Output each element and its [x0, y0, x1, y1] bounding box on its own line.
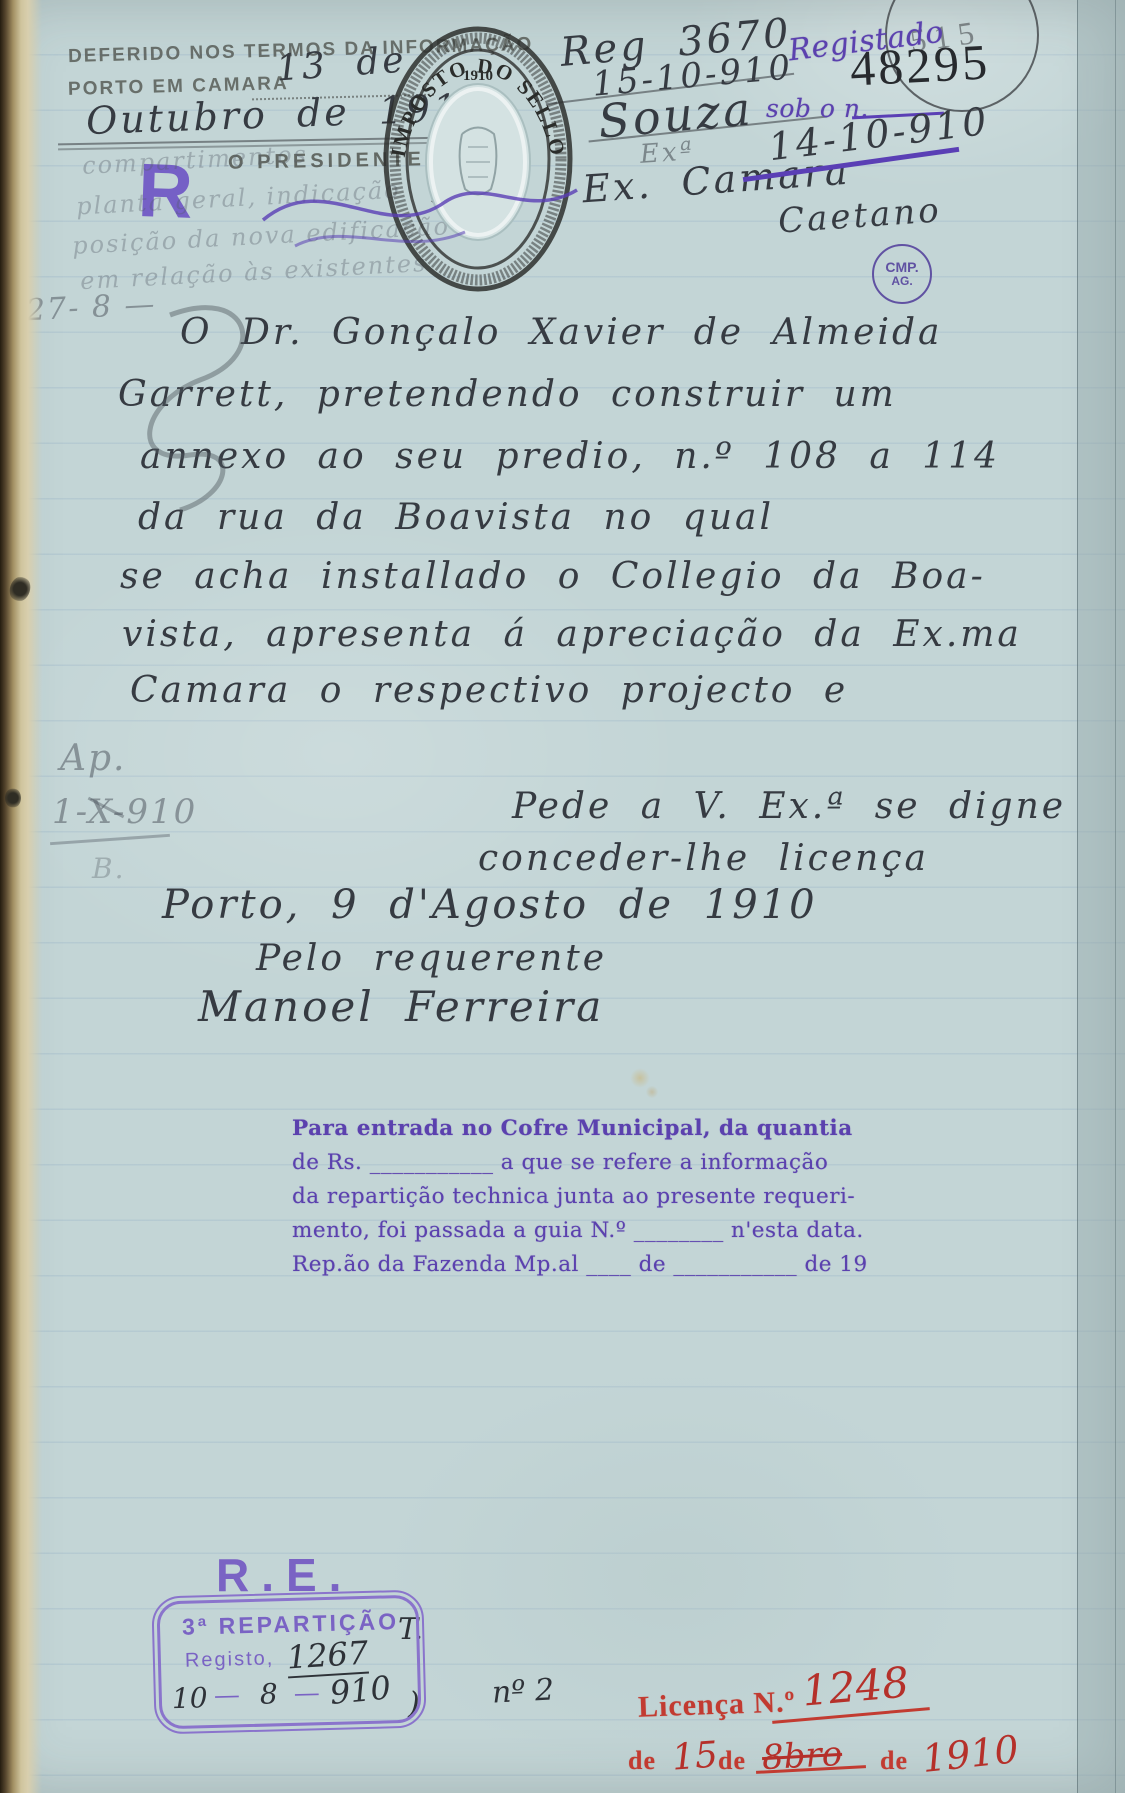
stamp-dash: —: [213, 1680, 240, 1711]
next-page-edge: [1077, 0, 1125, 1793]
licenca-day-handwritten: 15: [671, 1734, 720, 1778]
byline: Pelo requerente: [256, 938, 607, 979]
pencil-b-note: B.: [92, 852, 125, 885]
stamp-month: 8: [259, 1677, 278, 1710]
book-spine-edge: [0, 0, 42, 1793]
cofre-line: mento, foi passada a guia N.º ________ n…: [292, 1214, 868, 1248]
cofre-municipal-stamp-block: Para entrada no Cofre Municipal, da quan…: [292, 1112, 868, 1282]
purple-signature-scrawl: [255, 150, 585, 270]
punch-hole: [5, 788, 21, 808]
cofre-line: Rep.ão da Fazenda Mp.al ____ de ________…: [292, 1248, 868, 1282]
reparticao-stamp: 3ª REPARTIÇÃO Registo, 1267 10 — 8 — 910: [156, 1595, 421, 1730]
stamped-number-48295: 48295: [849, 32, 992, 97]
cofre-line: da repartição technica junta ao presente…: [292, 1180, 868, 1214]
cmp-stamp-bottom: AG.: [891, 275, 912, 288]
body-line: vista, apresenta á apreciação da Ex.ma: [122, 614, 1022, 655]
pencil-ap-date: 1-X-910: [52, 792, 197, 832]
pencil-underline: [50, 834, 170, 845]
licenca-de1: de: [628, 1746, 656, 1776]
petition-line2: conceder-lhe licença: [478, 838, 929, 879]
registo-label: Registo,: [185, 1647, 275, 1672]
licenca-de2: de: [718, 1746, 746, 1776]
scanned-document-page: DEFERIDO NOS TERMOS DA INFORMAÇÃO PORTO …: [0, 0, 1125, 1793]
pencil-ap-note: Ap.: [60, 738, 127, 779]
licenca-label: Licença N.º: [637, 1685, 796, 1724]
requester-signature: Manoel Ferreira: [198, 982, 604, 1031]
licenca-de3: de: [880, 1746, 908, 1776]
cmp-stamp-top: CMP.: [885, 260, 918, 275]
seal-year-text: 1910: [463, 68, 493, 84]
place-date-line: Porto, 9 d'Agosto de 1910: [162, 882, 818, 928]
cmp-ag-circular-stamp: CMP. AG.: [872, 244, 932, 304]
re-mark: R.E.: [216, 1548, 353, 1602]
pencil-scrawl: [110, 295, 330, 525]
licenca-year-handwritten: 1910: [920, 1727, 1021, 1781]
cofre-line: de Rs. ___________ a que se refere a inf…: [292, 1146, 868, 1180]
next-page-edge-line: [1115, 0, 1116, 1793]
licenca-number-handwritten: 1248: [800, 1657, 911, 1715]
n2-ink-note: nº 2: [491, 1672, 555, 1710]
cofre-line: Para entrada no Cofre Municipal, da quan…: [292, 1112, 868, 1146]
petition-line1: Pede a V. Ex.ª se digne: [512, 786, 1066, 827]
caetano-signature: Caetano: [777, 190, 943, 241]
stamp-year-handwritten: 910: [328, 1668, 392, 1712]
stamp-day: 10: [171, 1681, 207, 1715]
body-line: Camara o respectivo projecto e: [130, 670, 848, 711]
stamp-dash: —: [293, 1678, 320, 1709]
body-line: se acha installado o Collegio da Boa-: [120, 556, 986, 597]
